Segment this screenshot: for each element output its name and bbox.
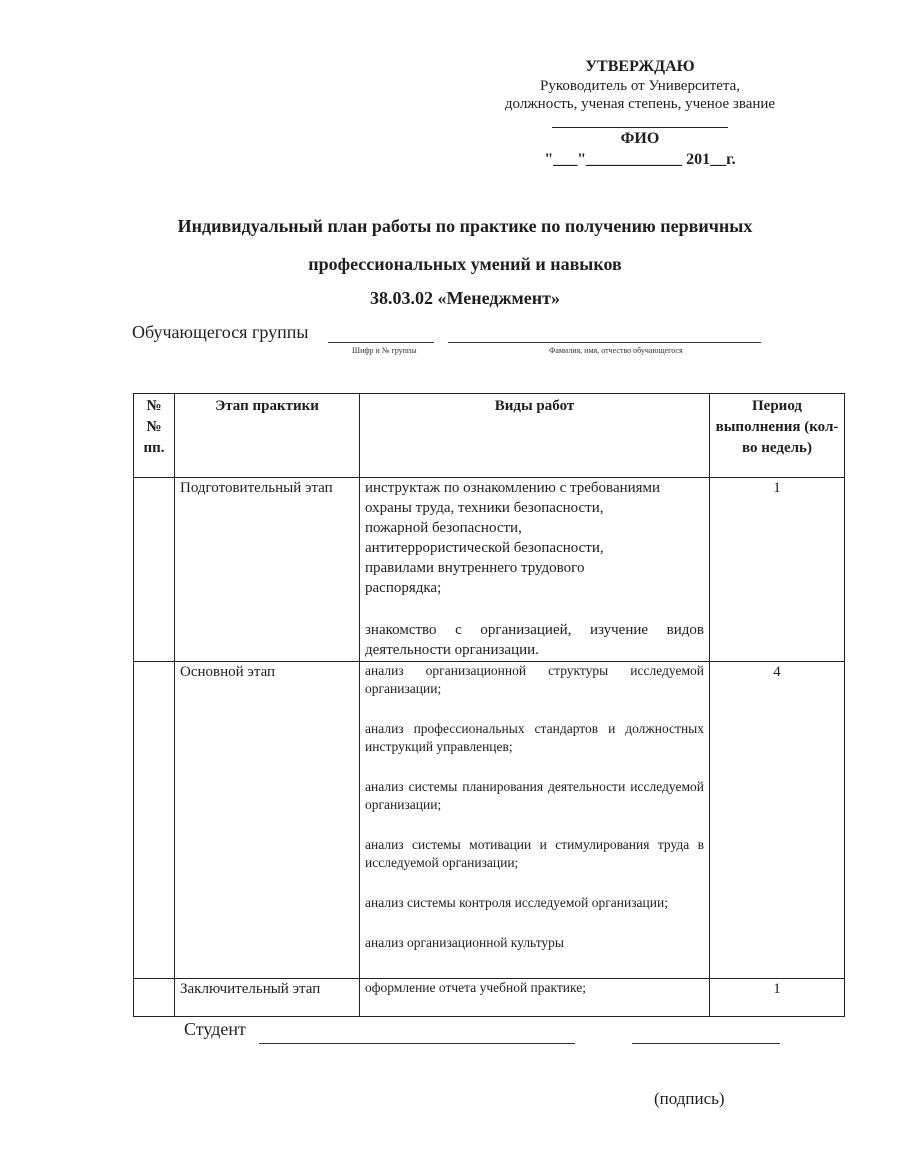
table-row: Заключительный этап оформление отчета уч…: [134, 979, 845, 1017]
cell-works: оформление отчета учебной практике;: [360, 979, 710, 1017]
student-name-signature-field[interactable]: [259, 1043, 575, 1044]
group-code-caption: Шифр и № группы: [352, 346, 417, 355]
approval-position-line2: должность, ученая степень, ученое звание: [470, 95, 810, 113]
approval-block: УТВЕРЖДАЮ Руководитель от Университета, …: [470, 58, 810, 169]
table-row: Основной этап анализ организационной стр…: [134, 662, 845, 979]
work-item: анализ системы мотивации и стимулировани…: [365, 836, 704, 872]
header-num: № № пп.: [134, 394, 175, 478]
work-item: оформление отчета учебной практике;: [365, 979, 704, 997]
cell-num: [134, 662, 175, 979]
approver-signature-line[interactable]: [552, 127, 728, 128]
cell-works: анализ организационной структуры исследу…: [360, 662, 710, 979]
document-title-line2: профессиональных умений и навыков: [130, 254, 800, 274]
work-item: инструктаж по ознакомлению с требованиям…: [365, 478, 704, 598]
cell-works: инструктаж по ознакомлению с требованиям…: [360, 478, 710, 662]
header-works: Виды работ: [360, 394, 710, 478]
cell-num: [134, 478, 175, 662]
cell-stage: Основной этап: [175, 662, 360, 979]
cell-stage: Подготовительный этап: [175, 478, 360, 662]
table-header-row: № № пп. Этап практики Виды работ Период …: [134, 394, 845, 478]
group-code-field[interactable]: [328, 342, 434, 343]
cell-stage: Заключительный этап: [175, 979, 360, 1017]
student-name-field[interactable]: [448, 342, 761, 343]
student-name-caption: Фамилия, имя, отчество обучающегося: [549, 346, 683, 355]
cell-period: 4: [710, 662, 845, 979]
document-title-line3: 38.03.02 «Менеджмент»: [130, 288, 800, 308]
approver-name-label: ФИО: [470, 130, 810, 148]
work-item: анализ системы контроля исследуемой орга…: [365, 894, 704, 912]
student-group-label: Обучающегося группы: [132, 322, 308, 343]
cell-num: [134, 979, 175, 1017]
work-item: анализ организационной культуры: [365, 934, 704, 952]
cell-period: 1: [710, 979, 845, 1017]
header-stage: Этап практики: [175, 394, 360, 478]
student-signature-field[interactable]: [632, 1043, 780, 1044]
approval-position-line1: Руководитель от Университета,: [470, 77, 810, 95]
student-label: Студент: [184, 1019, 246, 1040]
work-item: анализ организационной структуры исследу…: [365, 662, 704, 698]
work-item: анализ системы планирования деятельности…: [365, 778, 704, 814]
approval-date-field[interactable]: "___"____________ 201__г.: [470, 151, 810, 169]
header-period: Период выполнения (кол-во недель): [710, 394, 845, 478]
table-row: Подготовительный этап инструктаж по озна…: [134, 478, 845, 662]
work-item: анализ профессиональных стандартов и дол…: [365, 720, 704, 756]
signature-caption: (подпись): [654, 1089, 725, 1109]
document-title-line1: Индивидуальный план работы по практике п…: [130, 216, 800, 236]
work-item: знакомство с организацией, изучение видо…: [365, 620, 704, 660]
approval-title: УТВЕРЖДАЮ: [470, 58, 810, 76]
practice-plan-table: № № пп. Этап практики Виды работ Период …: [133, 393, 845, 1017]
cell-period: 1: [710, 478, 845, 662]
